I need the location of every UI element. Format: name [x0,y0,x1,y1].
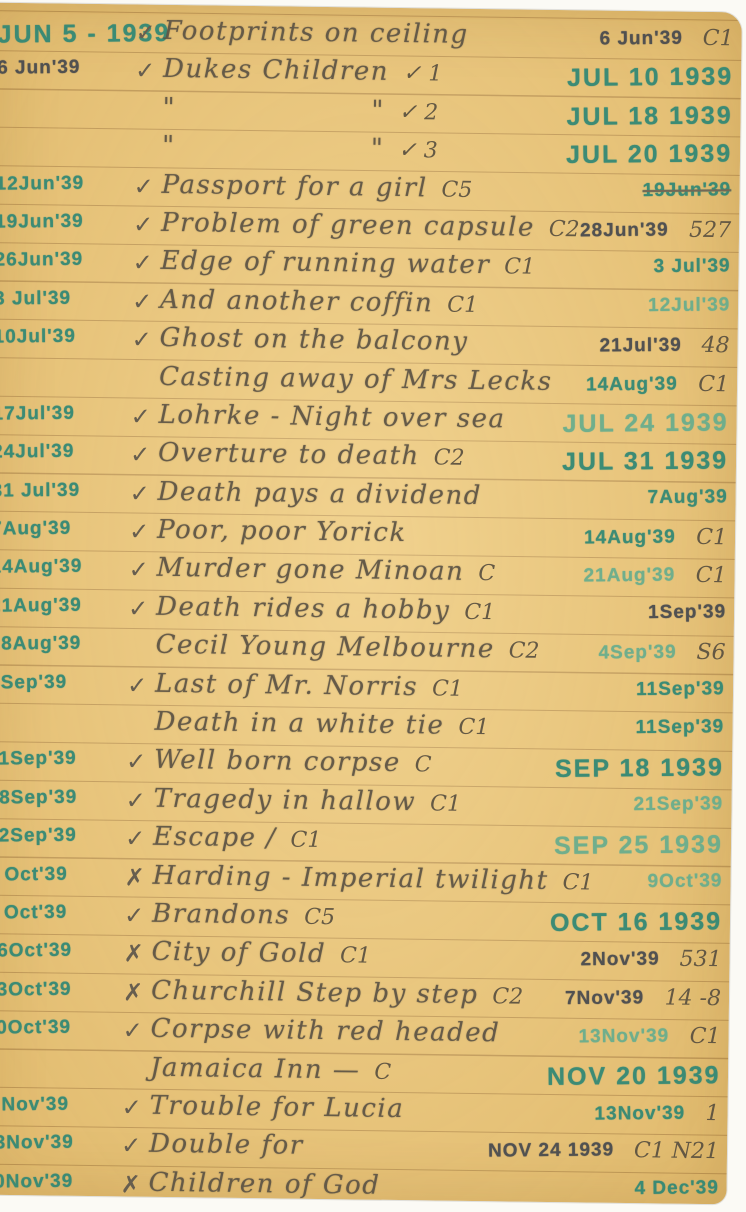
date-stamp-right: 7Aug'39 [647,486,727,509]
scanned-library-card-page: JUN 5 - 1939 ✓ Footprints on ceiling 6 J… [0,0,746,1212]
date-stamp-right: 11Sep'39 [636,716,725,739]
book-title: Dukes Children [163,54,389,87]
pencil-note: 527 [689,218,731,244]
pencil-note: 14 -8 [664,985,721,1011]
class-code: C [374,1059,391,1084]
check-mark: ✓ [127,671,147,699]
book-title: Death pays a dividend [157,477,482,511]
class-code: C1 [430,791,461,816]
class-code: C1 [458,715,489,740]
date-stamp-left: 17Jul'39 [0,403,75,426]
date-stamp-right: 13Nov'39 [595,1103,686,1126]
check-mark: ✓ [121,1132,141,1160]
class-code: C1 [290,828,321,853]
book-title: Harding - Imperial twilight [152,860,548,895]
library-card: JUN 5 - 1939 ✓ Footprints on ceiling 6 J… [0,3,742,1205]
date-stamp-right: JUL 20 1939 [566,140,732,171]
date-stamp-left: 13Nov'39 [0,1132,74,1155]
date-stamp-left: 10Jul'39 [0,326,76,349]
check-mark: ✓ [129,518,149,546]
pencil-note: C1 N21 [634,1138,719,1164]
date-stamp-right: JUL 18 1939 [566,101,732,132]
date-stamp-right: JUL 10 1939 [567,63,733,94]
check-mark: ✓ [129,479,149,507]
date-stamp-left: 21Aug'39 [0,595,82,618]
pencil-mid-note: ✓ 2 [399,100,439,126]
book-title: Children of God [148,1167,380,1200]
date-stamp-right: 12Jul'39 [648,294,730,317]
class-code: C2 [509,639,540,664]
book-title: Last of Mr. Norris [155,668,418,701]
class-code: C2 [492,984,523,1009]
date-stamp-left: 19Jun'39 [0,211,84,234]
check-mark: ✓ [135,57,155,85]
book-title: Escape / [153,822,277,854]
check-mark: ✓ [122,1017,142,1045]
check-mark: ✓ [125,825,145,853]
check-mark: ✓ [130,402,150,430]
date-stamp-right: 14Aug'39 [586,373,678,396]
check-mark: ✗ [123,978,143,1006]
book-title: Passport for a girl [161,169,427,202]
date-stamp-left: 24Jul'39 [0,441,74,464]
book-title: Well born corpse [154,745,401,778]
date-stamp-right: 2Nov'39 [580,949,659,972]
date-stamp-left: 28Aug'39 [0,633,81,656]
book-title: Death in a white tie [154,707,444,741]
book-title: Tragedy in hallow [153,784,416,817]
book-title: Ghost on the balcony [159,323,468,357]
book-title: Problem of green capsule [161,208,535,243]
book-title: Cecil Young Melbourne [155,630,494,664]
book-title: " " [162,93,385,126]
date-stamp-right: 3 Jul'39 [654,256,731,279]
check-mark: ✓ [131,326,151,354]
class-code: C [415,753,432,778]
date-stamp-left: 2 Oct'39 [0,863,68,886]
class-code: C2 [549,217,580,242]
date-stamp-left: 3 Jul'39 [0,288,71,311]
date-stamp-left: 6 Nov'39 [0,1094,69,1117]
date-stamp-left: 20Nov'39 [0,1170,73,1193]
date-stamp-right: 14Aug'39 [584,527,676,550]
pencil-note: 1 [705,1101,719,1126]
book-title: Footprints on ceiling [163,16,468,50]
date-stamp-right: 4Sep'39 [598,642,676,665]
check-mark: ✓ [133,172,153,200]
book-title: Poor, poor Yorick [157,515,407,548]
date-stamp-right: 4 Dec'39 [634,1177,719,1200]
book-title: City of Gold [151,937,326,969]
date-stamp-left: 11Sep'39 [0,748,77,771]
date-stamp-left: 14Aug'39 [0,556,82,579]
date-stamp-right: JUL 24 1939 [562,408,728,439]
class-code: C [478,561,495,586]
book-title: Casting away of Mrs Lecks [159,361,553,396]
date-stamp-right: OCT 16 1939 [550,907,722,938]
check-mark: ✗ [120,1170,140,1198]
pencil-note: 48 [701,333,729,358]
date-stamp-right: 28Jun'39 [580,219,669,242]
date-stamp-left: 30Oct'39 [0,1017,71,1040]
pencil-note: 531 [679,947,721,973]
date-stamp-right: 19Jun'39 [643,179,732,202]
class-code: C1 [504,255,535,280]
date-stamp-right: 13Nov'39 [579,1026,670,1049]
date-stamp-right: 21Sep'39 [634,793,724,816]
date-stamp-right: 21Jul'39 [599,335,681,358]
pencil-note: C1 [703,26,734,51]
check-mark: ✓ [130,441,150,469]
book-title: Double for [149,1129,304,1161]
date-stamp-left: 6 Jun'39 [0,57,81,80]
date-stamp-right: 11Sep'39 [636,678,725,701]
pencil-note: C1 [696,563,727,588]
date-stamp-right: 1Sep'39 [648,601,726,624]
date-stamp-left: 4Sep'39 [0,671,67,694]
class-code: C5 [441,177,472,202]
check-mark: ✓ [126,748,146,776]
book-title: Overture to death [158,438,420,471]
check-mark: ✓ [135,18,155,46]
date-stamp-right: 7Nov'39 [565,987,644,1010]
check-mark: ✓ [133,210,153,238]
class-code: C1 [464,600,495,625]
pencil-note: S6 [696,640,725,665]
check-mark: ✓ [132,249,152,277]
class-code: C1 [447,292,478,317]
class-code: C2 [434,446,465,471]
date-stamp-right: SEP 18 1939 [555,754,724,785]
check-mark: ✓ [124,901,144,929]
class-code: C1 [340,944,371,969]
date-stamp-left: 16Oct'39 [0,940,72,963]
entries: JUN 5 - 1939 ✓ Footprints on ceiling 6 J… [0,3,742,1212]
date-stamp-left: 12Jun'39 [0,172,84,195]
book-title: Churchill Step by step [151,976,479,1010]
date-stamp-right: 21Aug'39 [584,565,676,588]
check-mark: ✗ [124,863,144,891]
pencil-note: C1 [690,1024,721,1049]
date-stamp-right: JUL 31 1939 [562,447,728,478]
date-stamp-left: 26Jun'39 [0,249,83,272]
book-title: Brandons [152,899,291,931]
check-mark: ✓ [128,594,148,622]
date-stamp-right: 6 Jun'39 [599,28,682,51]
check-mark: ✗ [123,940,143,968]
class-code: C1 [562,870,593,895]
check-mark: ✓ [121,1093,141,1121]
book-title: Trouble for Lucia [149,1091,404,1124]
pencil-mid-note: ✓ 1 [403,61,443,87]
date-stamp-left: 9 Oct'39 [0,902,67,925]
date-stamp-right: SEP 25 1939 [554,831,723,862]
book-title: Edge of running water [160,246,490,280]
book-title: And another coffin [160,285,433,319]
class-code: C5 [304,905,335,930]
book-title: " " [162,131,385,164]
date-stamp-right: NOV 24 1939 [488,1140,614,1163]
class-code: C1 [432,676,463,701]
pencil-note: C1 [698,371,729,396]
date-stamp-left: 7Aug'39 [0,518,71,541]
date-stamp-right: NOV 20 1939 [546,1061,720,1092]
check-mark: ✓ [125,786,145,814]
pencil-note: C1 [696,525,727,550]
pencil-mid-note: ✓ 3 [398,138,438,164]
book-title: Jamaica Inn — [150,1052,361,1085]
book-title: Lohrke - Night over sea [158,400,505,435]
date-stamp-left: 22Sep'39 [0,825,77,848]
check-mark: ✓ [128,556,148,584]
book-title: Corpse with red headed [150,1014,500,1049]
date-stamp-right: 9Oct'39 [648,870,723,893]
date-stamp-left: 31 Jul'39 [0,479,80,502]
check-mark: ✓ [132,287,152,315]
date-stamp-left: 18Sep'39 [0,787,77,810]
book-title: Murder gone Minoan [156,553,464,587]
date-stamp-left: 23Oct'39 [0,979,72,1002]
book-title: Death rides a hobby [156,592,451,626]
